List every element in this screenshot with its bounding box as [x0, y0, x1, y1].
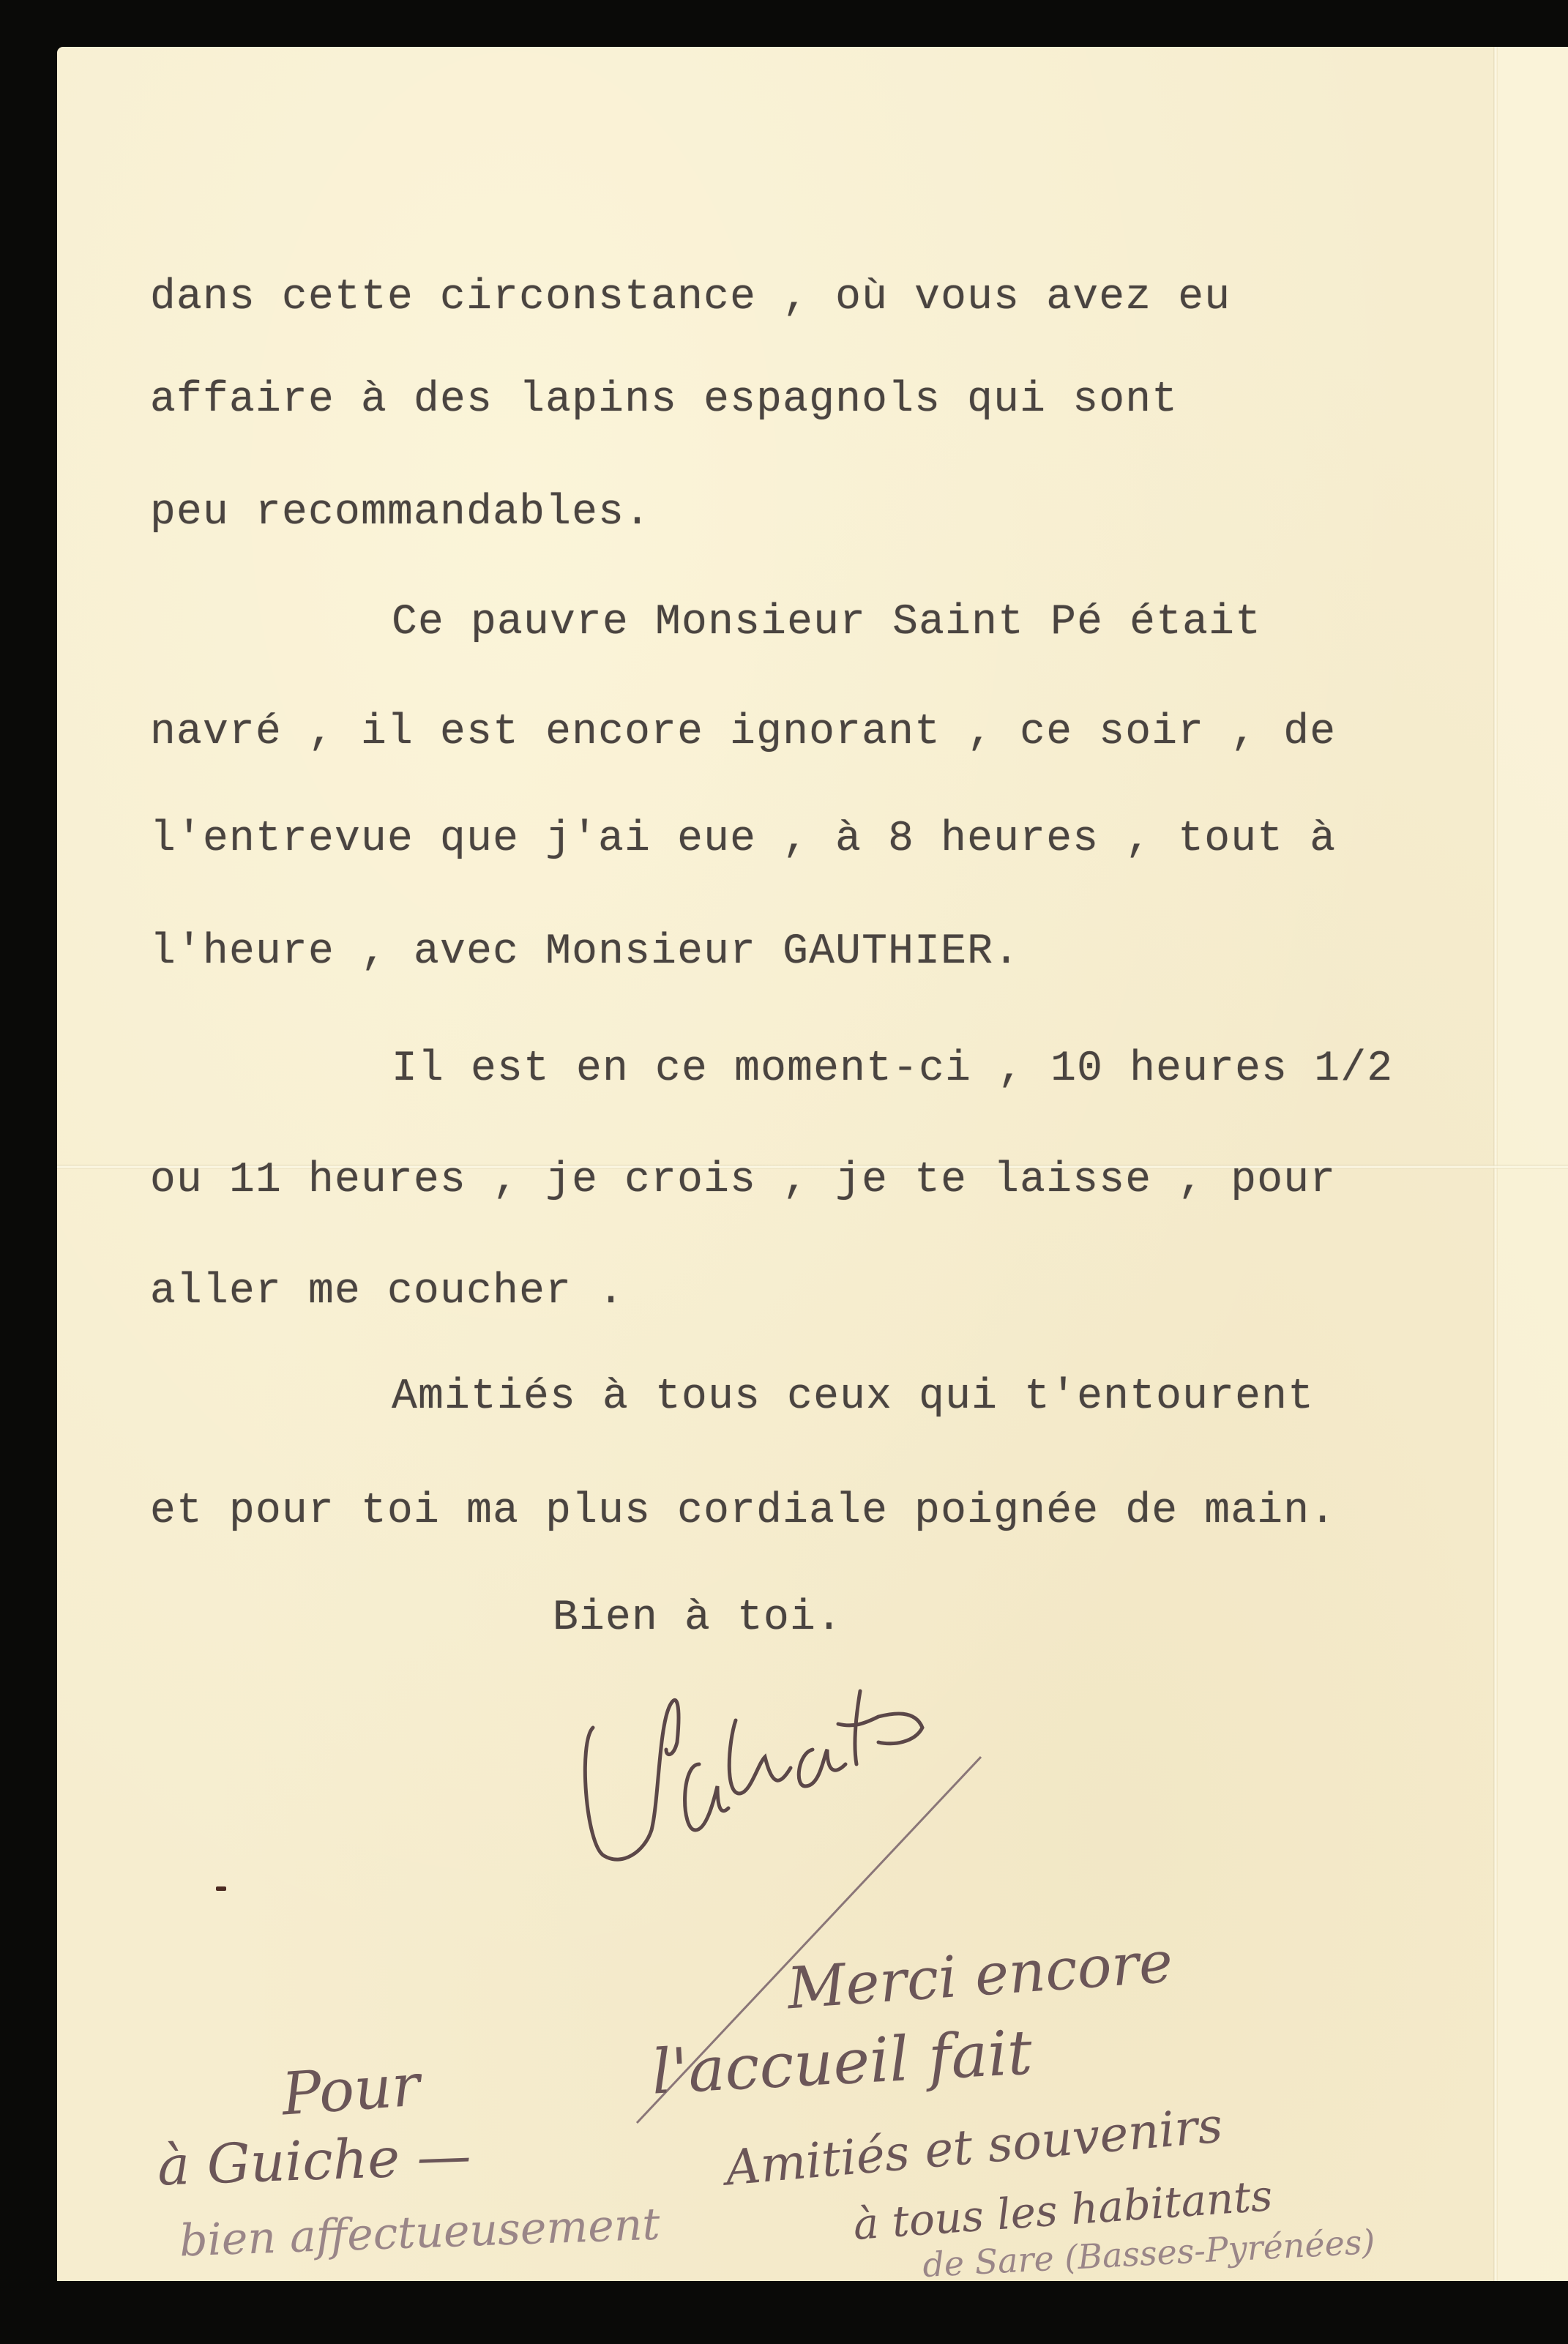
handwritten-accueil-fait: l'accueil fait: [650, 2021, 1034, 2102]
signature: Salvat: [571, 1684, 1039, 1903]
letter-line-2: affaire à des lapins espagnols qui sont: [150, 379, 1178, 422]
letter-line-6: l'entrevue que j'ai eue , à 8 heures , t…: [150, 818, 1336, 861]
handwritten-pour: Pour: [280, 2056, 422, 2124]
ink-speck: [216, 1886, 226, 1891]
letter-line-3: peu recommandables.: [150, 492, 651, 534]
letter-line-11: Amitiés à tous ceux qui t'entourent: [392, 1376, 1314, 1419]
letter-line-10: aller me coucher .: [150, 1271, 624, 1313]
signature-scribble-icon: [571, 1684, 1039, 1903]
letter-line-8: Il est en ce moment-ci , 10 heures 1/2: [392, 1048, 1393, 1091]
letter-line-7: l'heure , avec Monsieur GAUTHIER.: [150, 931, 1020, 974]
letter-line-1: dans cette circonstance , où vous avez e…: [150, 277, 1231, 319]
letter-line-4: Ce pauvre Monsieur Saint Pé était: [392, 602, 1261, 644]
letter-line-9: ou 11 heures , je crois , je te laisse ,…: [150, 1160, 1336, 1202]
vertical-fold-crease: [1493, 47, 1498, 2281]
folded-right-panel: [1498, 47, 1568, 2281]
letter-line-13: Bien à toi.: [553, 1597, 843, 1640]
letter-line-5: navré , il est encore ignorant , ce soir…: [150, 712, 1336, 754]
letter-line-12: et pour toi ma plus cordiale poignée de …: [150, 1490, 1336, 1533]
handwritten-a-guiche: à Guiche —: [157, 2129, 472, 2194]
